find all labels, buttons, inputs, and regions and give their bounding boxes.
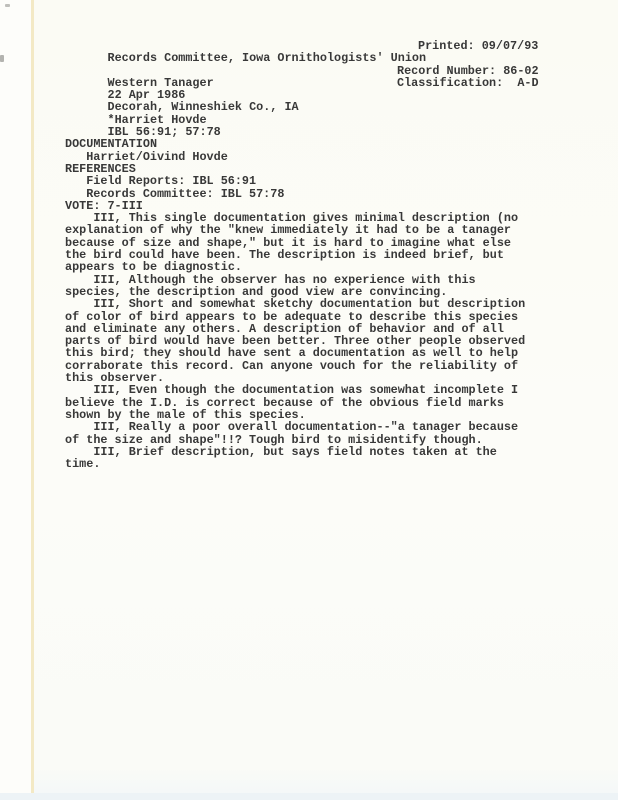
vote-comment-line: this bird; they should have sent a docum… — [65, 347, 565, 359]
scanned-document-page: Records Committee, Iowa Ornithologists' … — [0, 0, 618, 800]
scan-speck — [0, 55, 4, 62]
vote-comment-line: appears to be diagnostic. — [65, 261, 565, 273]
record-line-location: Decorah, Winneshiek Co., IA — [65, 89, 565, 101]
vote-comment-line: time. — [65, 458, 565, 470]
scan-bottom-edge — [0, 793, 618, 800]
documentation-heading: DOCUMENTATION — [65, 138, 565, 150]
vote-comment-line: III, Brief description, but says field n… — [65, 446, 565, 458]
printed-date: Printed: 09/07/93 — [418, 40, 538, 52]
reference-field-reports: Field Reports: IBL 56:91 — [65, 175, 565, 187]
record-line-ibl: IBL 56:91; 57:78 — [65, 114, 565, 126]
vote-comment-line: of color of bird appears to be adequate … — [65, 311, 565, 323]
scan-edge-line — [31, 0, 34, 793]
scan-left-margin — [0, 0, 31, 800]
record-line-date: 22 Apr 1986 Classification: A-D — [65, 77, 565, 89]
typewritten-text-block: Records Committee, Iowa Ornithologists' … — [65, 40, 565, 470]
reference-records-committee: Records Committee: IBL 57:78 — [65, 188, 565, 200]
vote-comment-line: III, Short and somewhat sketchy document… — [65, 298, 565, 310]
documentation-contributor: Harriet/Oivind Hovde — [65, 151, 565, 163]
record-line-observer: *Harriet Hovde — [65, 101, 565, 113]
vote-comment-line: of the size and shape"!!? Tough bird to … — [65, 434, 565, 446]
vote-comment-line: explanation of why the "knew immediately… — [65, 224, 565, 236]
blank-line — [65, 52, 565, 64]
header-line: Records Committee, Iowa Ornithologists' … — [65, 40, 565, 52]
classification: Classification: A-D — [397, 77, 539, 89]
scan-speck — [5, 4, 10, 7]
vote-comment-line: III, Even though the documentation was s… — [65, 384, 565, 396]
vote-comment-line: III, Really a poor overall documentation… — [65, 421, 565, 433]
